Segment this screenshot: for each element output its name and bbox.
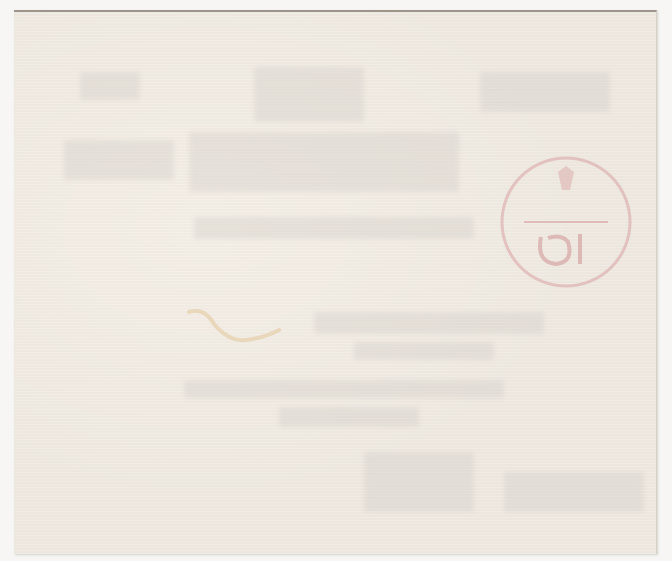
show-through-block <box>314 312 544 334</box>
show-through-block <box>364 452 474 512</box>
show-through-block <box>64 140 174 180</box>
show-through-block <box>354 342 494 360</box>
show-through-block <box>504 472 644 512</box>
show-through-block <box>279 407 419 427</box>
show-through-block <box>254 67 364 122</box>
show-through-block <box>80 72 140 100</box>
show-through-block <box>184 380 504 398</box>
show-through-block <box>194 217 474 239</box>
red-circular-stamp <box>496 152 636 292</box>
show-through-block <box>480 72 610 112</box>
water-stain <box>184 302 294 362</box>
ticket-back <box>14 10 657 554</box>
show-through-block <box>189 132 459 192</box>
